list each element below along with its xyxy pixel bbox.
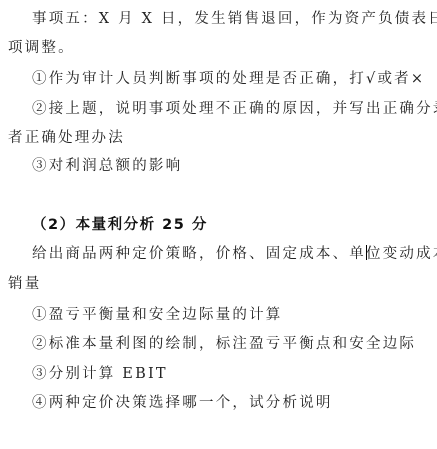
question-item-3: ③对利润总额的影响 [32, 157, 182, 175]
cvp-item-2: ②标准本量利图的绘制，标注盈亏平衡点和安全边际 [32, 335, 416, 353]
question-item-2-line2: 者正确处理办法 [8, 129, 125, 147]
section-heading-cvp-analysis: （2）本量利分析 25 分 [32, 216, 208, 234]
paragraph-event5-line1: 事项五：X 月 X 日，发生销售退回，作为资产负债表日后事 [32, 10, 437, 28]
paragraph-text-after-cursor: 位变动成本、 [366, 246, 437, 262]
cvp-item-4: ④两种定价决策选择哪一个，试分析说明 [32, 394, 333, 412]
paragraph-text-before-cursor: 给出商品两种定价策略，价格、固定成本、单 [32, 246, 366, 262]
paragraph-pricing-line1[interactable]: 给出商品两种定价策略，价格、固定成本、单位变动成本、 [32, 245, 437, 263]
question-item-2-line1: ②接上题，说明事项处理不正确的原因，并写出正确分录或 [32, 100, 437, 118]
paragraph-event5-line2: 项调整。 [8, 39, 75, 57]
question-item-1: ①作为审计人员判断事项的处理是否正确，打√或者× [32, 70, 425, 88]
cvp-item-3: ③分别计算 EBIT [32, 365, 168, 383]
cvp-item-1: ①盈亏平衡量和安全边际量的计算 [32, 306, 283, 324]
paragraph-pricing-line2: 销量 [8, 275, 41, 293]
